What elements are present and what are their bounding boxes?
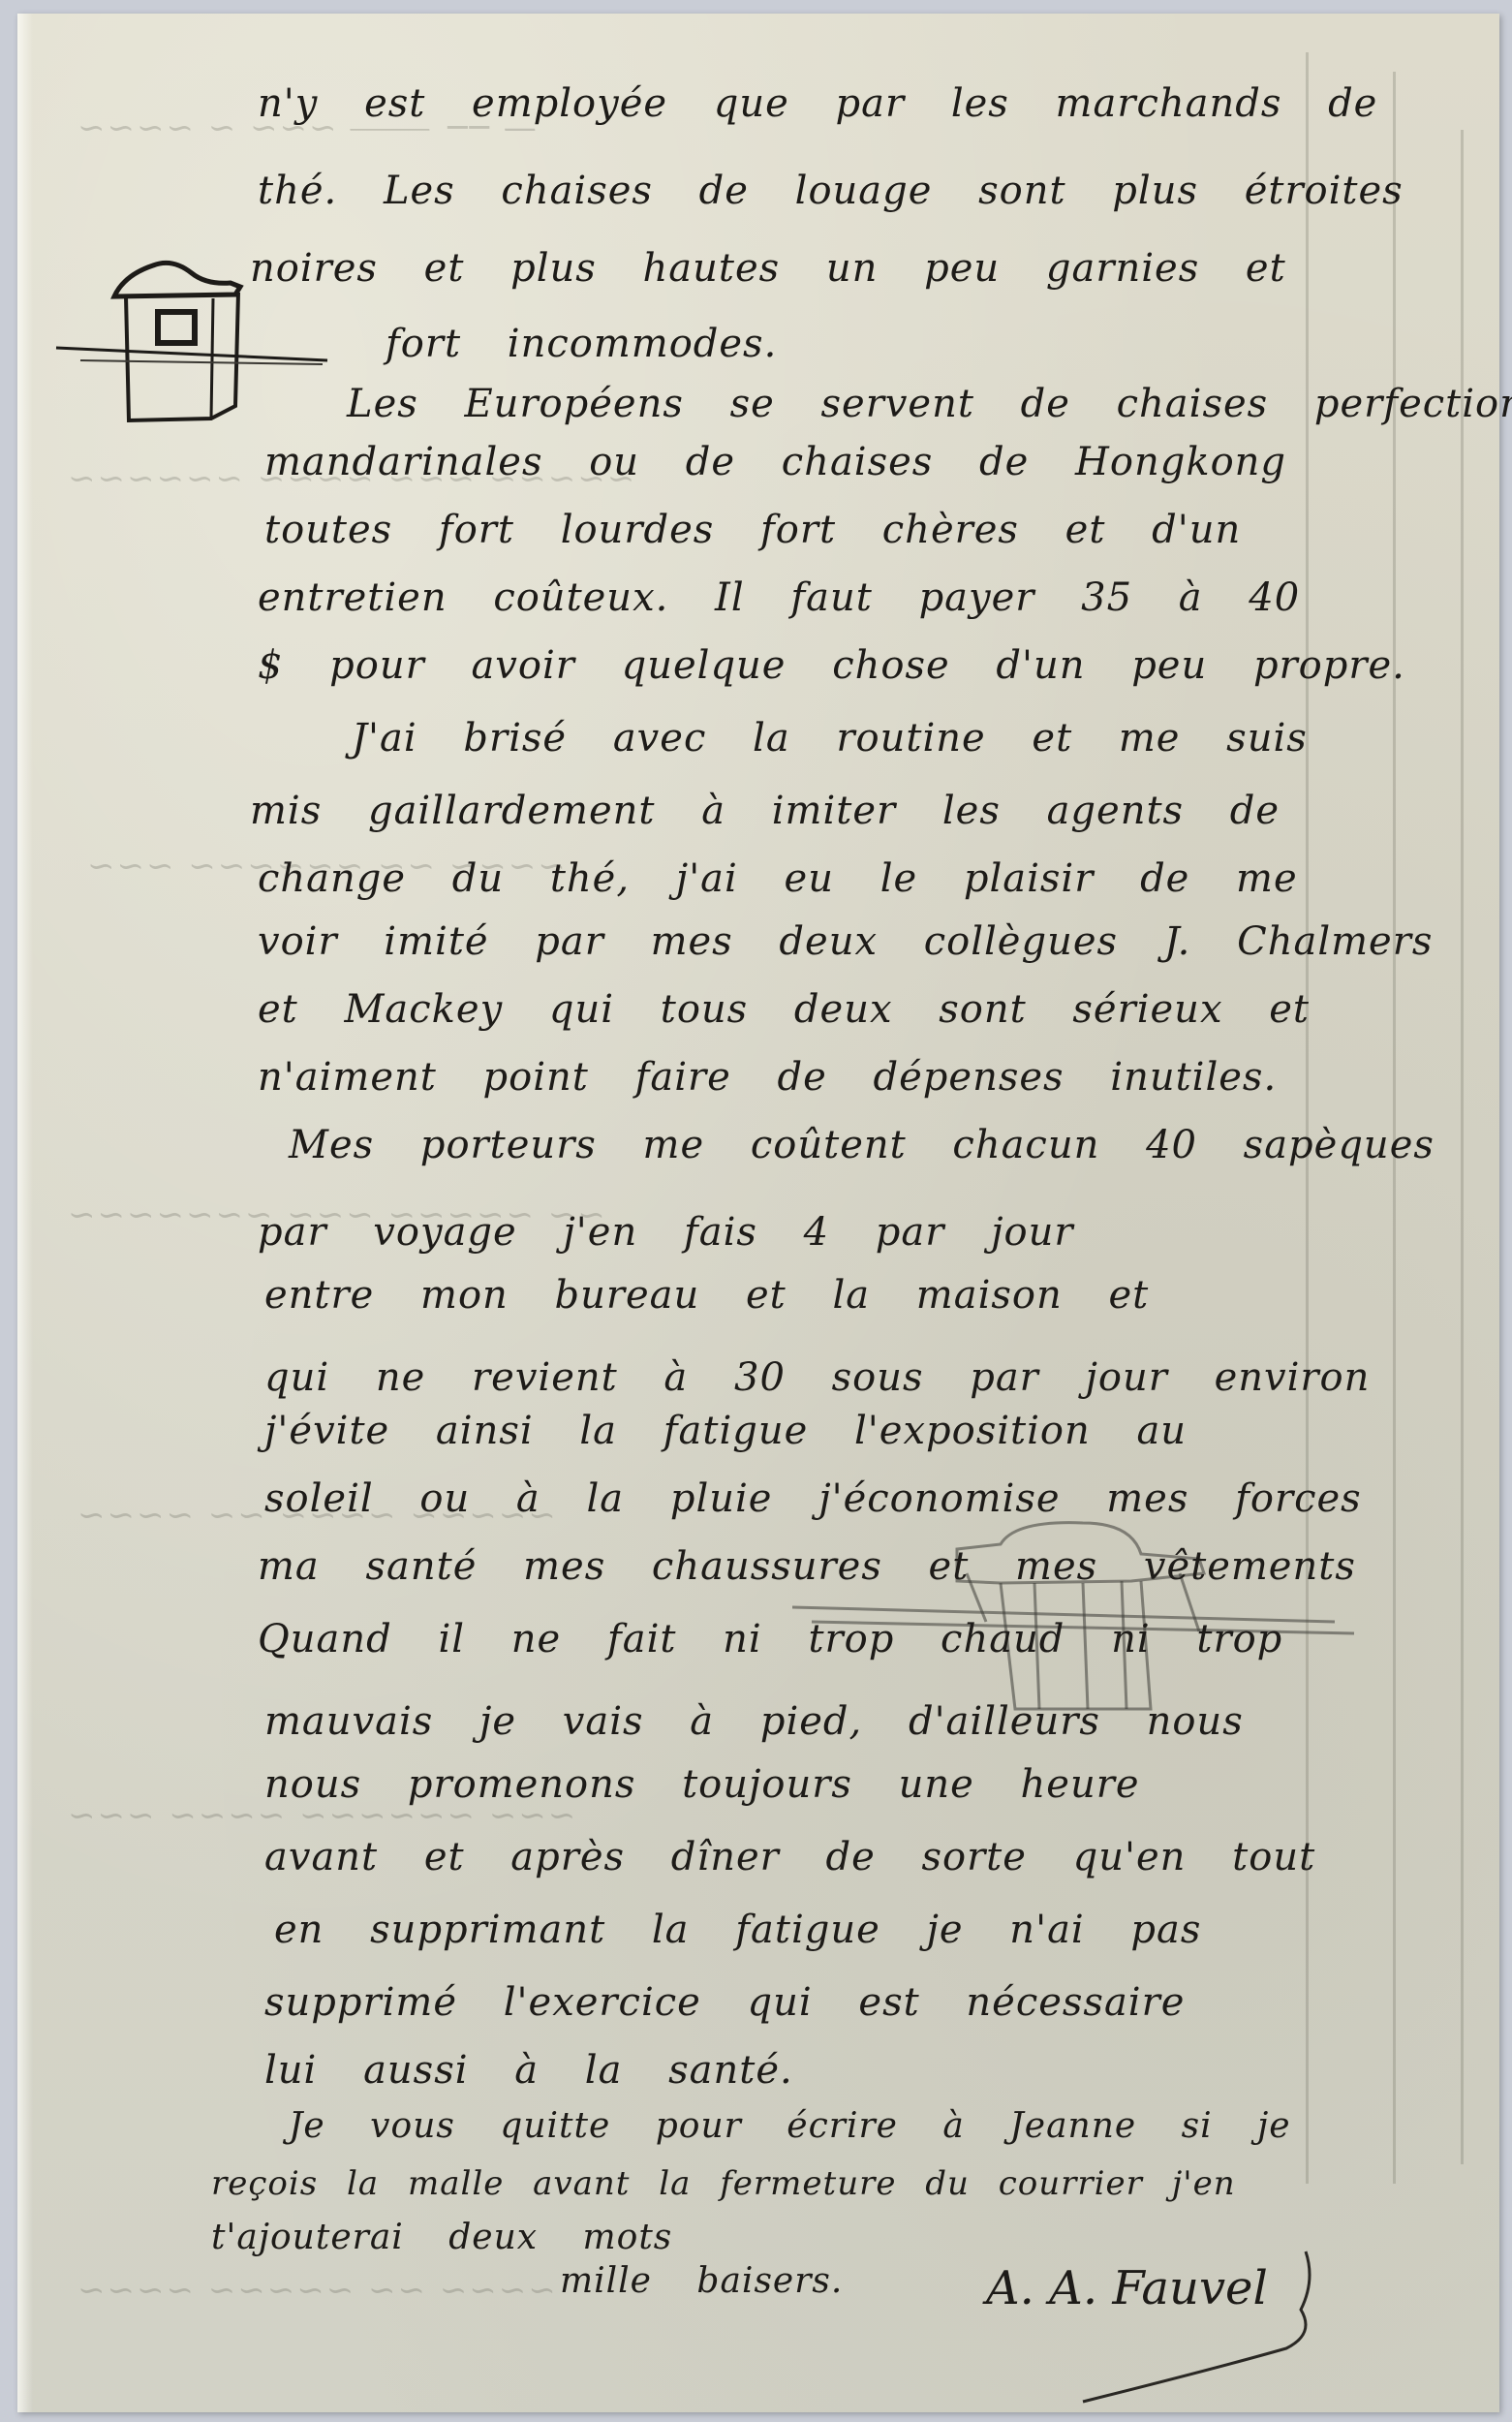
letter-line: Mes porteurs me coûtent chacun 40 sapèqu… <box>289 1123 1435 1167</box>
letter-line: J'ai brisé avec la routine et me suis <box>352 716 1308 761</box>
bleed-through-stroke <box>1461 130 1464 2164</box>
signature-flourish <box>1025 2242 1344 2406</box>
letter-line: change du thé, j'ai eu le plaisir de me <box>258 856 1298 901</box>
letter-line: toutes fort lourdes fort chères et d'un <box>264 508 1241 552</box>
letter-line: noires et plus hautes un peu garnies et <box>250 246 1286 291</box>
letter-line: lui aussi à la santé. <box>264 2048 793 2093</box>
letter-line: Les Européens se servent de chaises perf… <box>347 382 1512 426</box>
letter-line: mauvais je vais à pied, d'ailleurs nous <box>264 1699 1244 1744</box>
letter-line: qui ne revient à 30 sous par jour enviro… <box>264 1355 1370 1400</box>
letter-line: avant et après dîner de sorte qu'en tout <box>264 1835 1315 1879</box>
letter-line: en supprimant la fatigue je n'ai pas <box>274 1908 1201 1952</box>
letter-line: fort incommodes. <box>386 322 777 366</box>
letter-line: thé. Les chaises de louage sont plus étr… <box>258 169 1404 213</box>
letter-line: soleil ou à la pluie j'économise mes for… <box>264 1476 1362 1521</box>
bleed-through-text: ~~~~ ~~ ~~~~~ ~~~~ <box>76 2271 556 2310</box>
letter-line: ma santé mes chaussures et mes vêtements <box>258 1544 1356 1589</box>
letter-line: j'évite ainsi la fatigue l'exposition au <box>264 1409 1187 1453</box>
letter-sheet: — ── ⸻ ~~~ ~ ~~~~ ~~~~~ ~~~ ~~~~ ~~~~~~ … <box>17 14 1499 2412</box>
letter-line: voir imité par mes deux collègues J. Cha… <box>258 919 1433 964</box>
letter-line: Je vous quitte pour écrire à Jeanne si j… <box>289 2106 1291 2146</box>
letter-line: $ pour avoir quelque chose d'un peu prop… <box>258 643 1405 688</box>
letter-line: supprimé l'exercice qui est nécessaire <box>264 1980 1185 2025</box>
letter-line: et Mackey qui tous deux sont sérieux et <box>258 987 1310 1032</box>
letter-line: par voyage j'en fais 4 par jour <box>258 1210 1073 1255</box>
letter-line: n'y est employée que par les marchands d… <box>258 81 1377 126</box>
letter-line: mis gaillardement à imiter les agents de <box>250 789 1280 833</box>
letter-line: entre mon bureau et la maison et <box>264 1273 1149 1318</box>
letter-line: nous promenons toujours une heure <box>264 1762 1140 1807</box>
letter-line: mandarinales ou de chaises de Hongkong <box>264 440 1286 484</box>
letter-line: entretien coûteux. Il faut payer 35 à 40 <box>258 575 1300 620</box>
letter-line: reçois la malle avant la fermeture du co… <box>211 2164 1236 2203</box>
closing-line: mille baisers. <box>560 2261 843 2301</box>
letter-line: n'aiment point faire de dépenses inutile… <box>258 1055 1277 1100</box>
letter-line: t'ajouterai deux mots <box>211 2218 672 2257</box>
letter-line: Quand il ne fait ni trop chaud ni trop <box>258 1617 1282 1661</box>
